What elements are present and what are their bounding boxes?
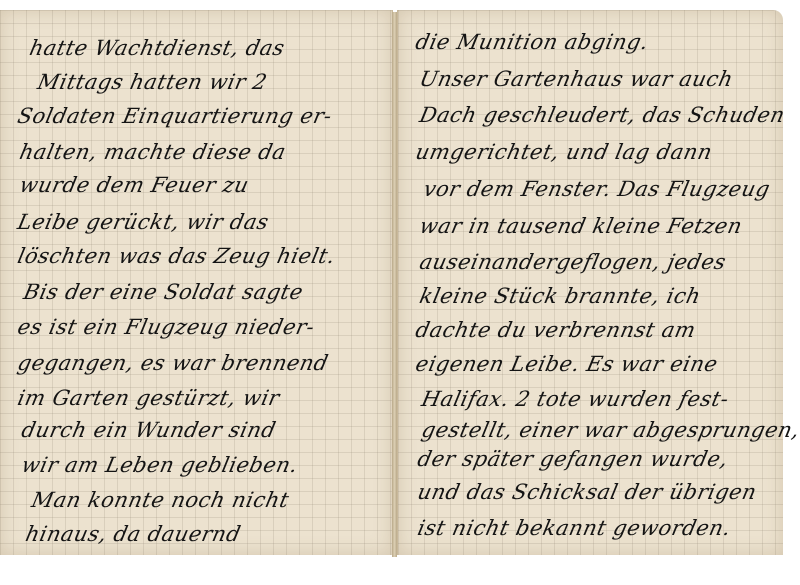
text-line: ist nicht bekannt geworden. [415,516,733,540]
text-line: kleine Stück brannte, ich [417,284,703,308]
text-line: wir am Leben geblieben. [19,453,300,477]
text-line: war in tausend kleine Fetzen [417,214,744,238]
text-line: halten, machte diese da [17,140,288,164]
text-line: vor dem Fenster. Das Flugzeug [421,177,772,201]
notebook-left-page: hatte Wachtdienst, das Mittags hatten wi… [0,10,393,555]
text-line: löschten was das Zeug hielt. [15,244,337,268]
text-line: hinaus, da dauernd [23,522,243,546]
text-line: und das Schicksal der übrigen [415,480,758,504]
right-page-text: die Munition abging. Unser Gartenhaus wa… [398,10,783,555]
text-line: es ist ein Flugzeug nieder- [15,315,317,339]
text-line: der später gefangen wurde, [415,447,730,471]
text-line: umgerichtet, und lag dann [413,140,714,164]
text-line: Man konnte noch nicht [29,488,291,512]
text-line: Dach geschleudert, das Schuden [417,103,787,127]
text-line: wurde dem Feuer zu [17,173,251,197]
text-line: Unser Gartenhaus war auch [417,67,735,91]
text-line: die Munition abging. [413,30,650,54]
text-line: durch ein Wunder sind [19,418,278,442]
text-line: Mittags hatten wir 2 [35,70,269,94]
text-line: gegangen, es war brennend [15,351,330,375]
text-line: hatte Wachtdienst, das [27,36,287,60]
text-line: eigenen Leibe. Es war eine [413,352,720,376]
text-line: Soldaten Einquartierung er- [15,104,334,128]
text-line: gestellt, einer war abgesprungen, [419,418,800,442]
text-line: dachte du verbrennst am [413,318,698,342]
text-line: im Garten gestürzt, wir [15,386,282,410]
text-line: auseinandergeflogen, jedes [417,250,728,274]
notebook-right-page: die Munition abging. Unser Gartenhaus wa… [397,10,783,555]
left-page-text: hatte Wachtdienst, das Mittags hatten wi… [0,10,392,555]
text-line: Leibe gerückt, wir das [15,210,271,234]
text-line: Halifax. 2 tote wurden fest- [419,387,731,411]
text-line: Bis der eine Soldat sagte [21,280,305,304]
